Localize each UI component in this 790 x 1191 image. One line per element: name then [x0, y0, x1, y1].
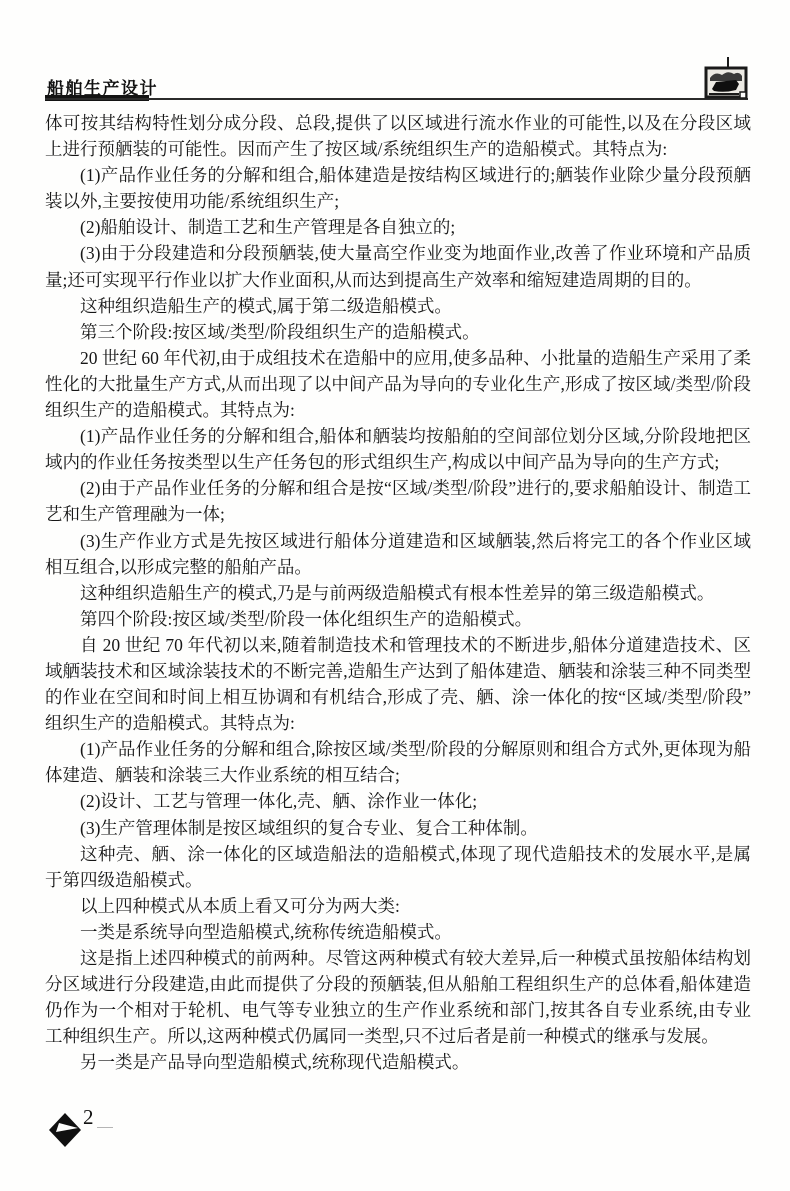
body-paragraph: 第四个阶段:按区域/类型/阶段一体化组织生产的造船模式。: [45, 606, 751, 632]
body-paragraph: (1)产品作业任务的分解和组合,船体建造是按结构区域进行的;舾装作业除少量分段预…: [45, 162, 751, 214]
body-paragraph: 以上四种模式从本质上看又可分为两大类:: [45, 893, 751, 919]
body-paragraph: 这种壳、舾、涂一体化的区域造船法的造船模式,体现了现代造船技术的发展水平,是属于…: [45, 841, 751, 893]
body-paragraph: 另一类是产品导向型造船模式,统称现代造船模式。: [45, 1049, 751, 1075]
body-paragraph: 这种组织造船生产的模式,乃是与前两级造船模式有根本性差异的第三级造船模式。: [45, 580, 751, 606]
header-rule-thin: [45, 98, 748, 100]
body-paragraph: 第三个阶段:按区域/类型/阶段组织生产的造船模式。: [45, 319, 751, 345]
body-paragraph: 一类是系统导向型造船模式,统称传统造船模式。: [45, 919, 751, 945]
body-paragraph: (2)由于产品作业任务的分解和组合是按“区域/类型/阶段”进行的,要求船舶设计、…: [45, 475, 751, 527]
footer-rule: [97, 1127, 113, 1128]
ship-stamp-icon: [701, 56, 751, 104]
body-paragraph: (2)船舶设计、制造工艺和生产管理是各自独立的;: [45, 214, 751, 240]
body-paragraph: (3)由于分段建造和分段预舾装,使大量高空作业变为地面作业,改善了作业环境和产品…: [45, 240, 751, 292]
body-paragraph: 20 世纪 60 年代初,由于成组技术在造船中的应用,使多品种、小批量的造船生产…: [45, 345, 751, 423]
body-paragraph: 自 20 世纪 70 年代初以来,随着制造技术和管理技术的不断进步,船体分道建造…: [45, 632, 751, 736]
body-paragraph: (1)产品作业任务的分解和组合,除按区域/类型/阶段的分解原则和组合方式外,更体…: [45, 736, 751, 788]
diamond-arrow-icon: [49, 1112, 82, 1148]
body-paragraph: (2)设计、工艺与管理一体化,壳、舾、涂作业一体化;: [45, 788, 751, 814]
body-paragraph: 这种组织造船生产的模式,属于第二级造船模式。: [45, 293, 751, 319]
page-number: 2: [83, 1105, 94, 1130]
body-paragraph: 体可按其结构特性划分成分段、总段,提供了以区域进行流水作业的可能性,以及在分段区…: [45, 110, 751, 162]
body-paragraph: (3)生产作业方式是先按区域进行船体分道建造和区域舾装,然后将完工的各个作业区域…: [45, 528, 751, 580]
body-paragraph: (1)产品作业任务的分解和组合,船体和舾装均按船舶的空间部位划分区域,分阶段地把…: [45, 423, 751, 475]
page-body-text: 体可按其结构特性划分成分段、总段,提供了以区域进行流水作业的可能性,以及在分段区…: [45, 110, 751, 1075]
body-paragraph: (3)生产管理体制是按区域组织的复合专业、复合工种体制。: [45, 815, 751, 841]
body-paragraph: 这是指上述四种模式的前两种。尽管这两种模式有较大差异,后一种模式虽按船体结构划分…: [45, 945, 751, 1049]
book-page: 船舶生产设计 体可按其结构特性划分成分段、总段,提供了以区域进行流水作业的可能性…: [0, 0, 790, 1191]
